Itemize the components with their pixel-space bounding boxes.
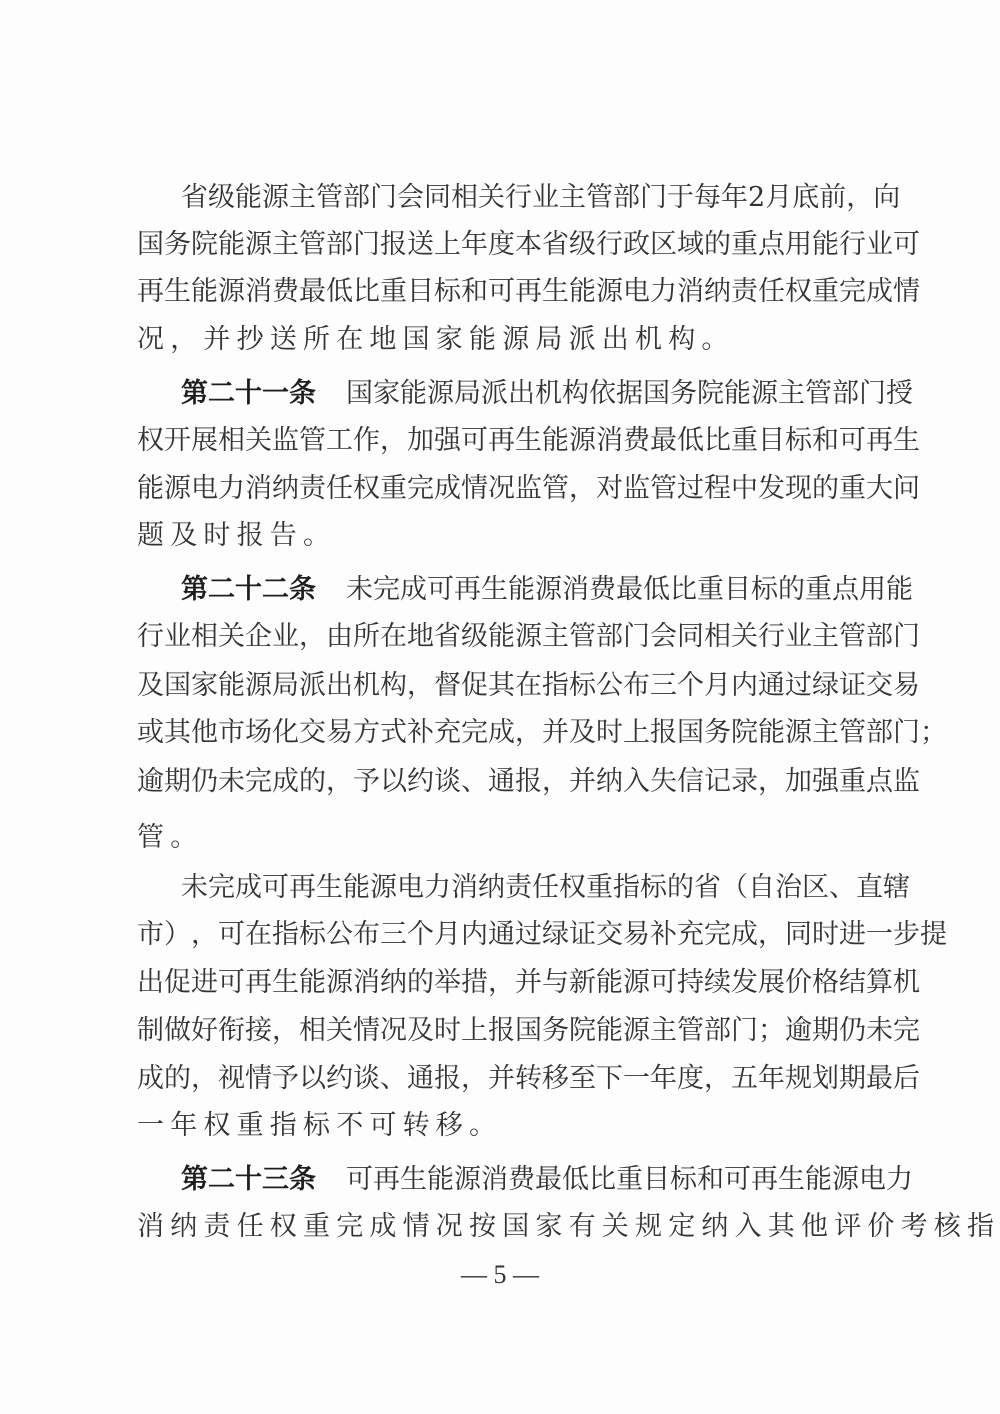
line-text: 再生能源消费最低比重目标和可再生能源电力消纳责任权重完成情	[137, 272, 920, 312]
line-text: 消纳责任权重完成情况按国家有关规定纳入其他评价考核指标。	[137, 1207, 1000, 1247]
line-text: 未完成可再生能源电力消纳责任权重指标的省（自治区、直辖	[181, 868, 910, 908]
paragraph-line: 市），可在指标公布三个月内通过绿证交易补充完成，同时进一步提	[137, 915, 869, 955]
paragraph-line: 权开展相关监管工作，加强可再生能源消费最低比重目标和可再生	[137, 421, 869, 461]
page-number: — 5 —	[0, 1258, 1000, 1292]
paragraph-line: 及国家能源局派出机构，督促其在指标公布三个月内通过绿证交易	[137, 666, 869, 706]
line-text: 逾期仍未完成的，予以约谈、通报，并纳入失信记录，加强重点监	[137, 762, 920, 802]
article-line: 第二十二条未完成可再生能源消费最低比重目标的重点用能	[181, 570, 869, 610]
paragraph-line: 消纳责任权重完成情况按国家有关规定纳入其他评价考核指标。	[137, 1207, 869, 1247]
line-text: 或其他市场化交易方式补充完成，并及时上报国务院能源主管部门；	[137, 713, 947, 753]
line-text: 出促进可再生能源消纳的举措，并与新能源可持续发展价格结算机	[137, 963, 920, 1003]
paragraph-line: 能源电力消纳责任权重完成情况监管，对监管过程中发现的重大问	[137, 469, 869, 509]
article-heading: 第二十二条	[181, 570, 316, 610]
line-text: 管。	[137, 818, 203, 858]
line-text: 省级能源主管部门会同相关行业主管部门于每年2月底前，向	[181, 178, 900, 218]
line-text: 市），可在指标公布三个月内通过绿证交易补充完成，同时进一步提	[137, 915, 947, 955]
line-text: 未完成可再生能源消费最低比重目标的重点用能	[346, 570, 913, 610]
line-text: 及国家能源局派出机构，督促其在指标公布三个月内通过绿证交易	[137, 666, 920, 706]
line-text: 国务院能源主管部门报送上年度本省级行政区域的重点用能行业可	[137, 225, 920, 265]
paragraph-line: 再生能源消费最低比重目标和可再生能源电力消纳责任权重完成情	[137, 272, 869, 312]
paragraph-line: 行业相关企业，由所在地省级能源主管部门会同相关行业主管部门	[137, 617, 869, 657]
line-text: 成的，视情予以约谈、通报，并转移至下一年度，五年规划期最后	[137, 1059, 920, 1099]
paragraph-line: 管。	[137, 818, 869, 858]
line-text: 题及时报告。	[137, 516, 336, 556]
paragraph-line: 逾期仍未完成的，予以约谈、通报，并纳入失信记录，加强重点监	[137, 762, 869, 802]
paragraph-line: 省级能源主管部门会同相关行业主管部门于每年2月底前，向	[181, 178, 869, 218]
line-text: 可再生能源消费最低比重目标和可再生能源电力	[346, 1160, 913, 1200]
line-text: 能源电力消纳责任权重完成情况监管，对监管过程中发现的重大问	[137, 469, 920, 509]
paragraph-line: 未完成可再生能源电力消纳责任权重指标的省（自治区、直辖	[181, 868, 869, 908]
paragraph-line: 一年权重指标不可转移。	[137, 1106, 869, 1146]
paragraph-line: 国务院能源主管部门报送上年度本省级行政区域的重点用能行业可	[137, 225, 869, 265]
line-text: 国家能源局派出机构依据国务院能源主管部门授	[346, 374, 913, 414]
article-heading: 第二十一条	[181, 374, 316, 414]
article-line: 第二十三条可再生能源消费最低比重目标和可再生能源电力	[181, 1160, 869, 1200]
document-page: 省级能源主管部门会同相关行业主管部门于每年2月底前，向 国务院能源主管部门报送上…	[0, 0, 1000, 1414]
paragraph-line: 题及时报告。	[137, 516, 869, 556]
line-text: 制做好衔接，相关情况及时上报国务院能源主管部门；逾期仍未完	[137, 1011, 920, 1051]
line-text: 一年权重指标不可转移。	[137, 1106, 502, 1146]
paragraph-line: 况，并抄送所在地国家能源局派出机构。	[137, 320, 869, 360]
line-text: 权开展相关监管工作，加强可再生能源消费最低比重目标和可再生	[137, 421, 920, 461]
paragraph-line: 出促进可再生能源消纳的举措，并与新能源可持续发展价格结算机	[137, 963, 869, 1003]
line-text: 况，并抄送所在地国家能源局派出机构。	[137, 320, 735, 360]
article-line: 第二十一条国家能源局派出机构依据国务院能源主管部门授	[181, 374, 869, 414]
article-heading: 第二十三条	[181, 1160, 316, 1200]
paragraph-line: 成的，视情予以约谈、通报，并转移至下一年度，五年规划期最后	[137, 1059, 869, 1099]
paragraph-line: 制做好衔接，相关情况及时上报国务院能源主管部门；逾期仍未完	[137, 1011, 869, 1051]
paragraph-line: 或其他市场化交易方式补充完成，并及时上报国务院能源主管部门；	[137, 713, 869, 753]
line-text: 行业相关企业，由所在地省级能源主管部门会同相关行业主管部门	[137, 617, 920, 657]
